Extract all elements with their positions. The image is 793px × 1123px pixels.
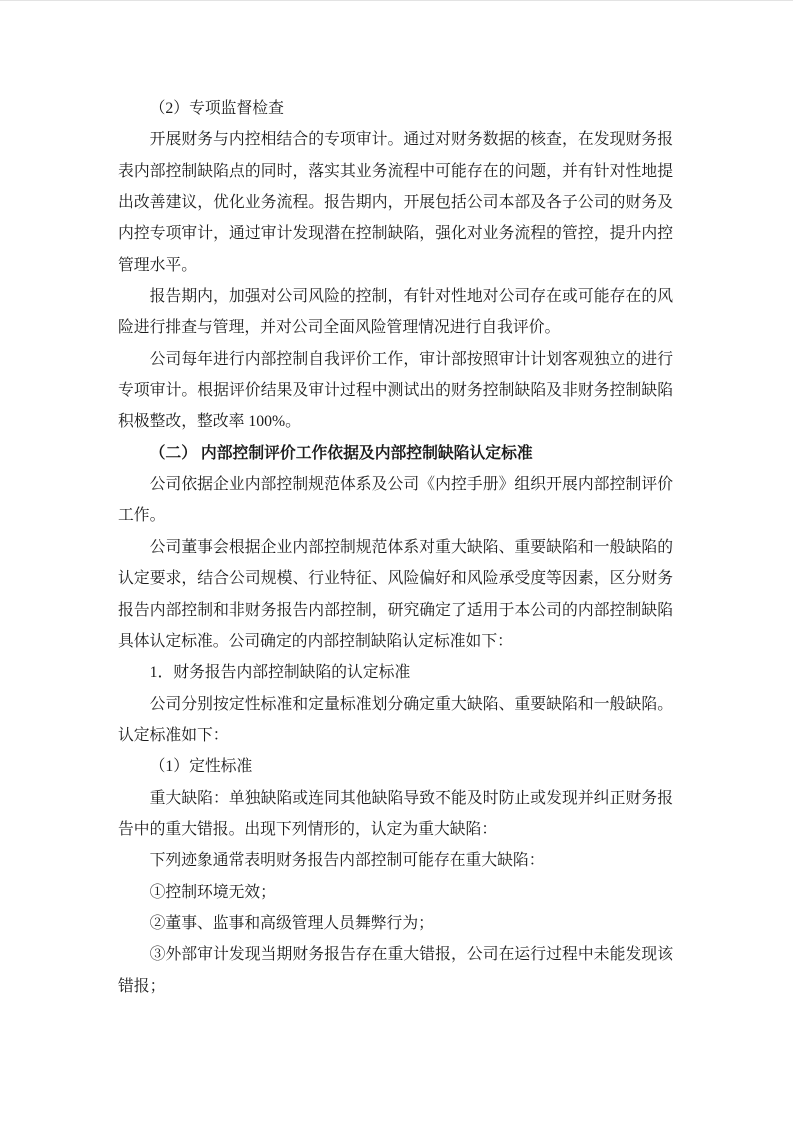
para-defect-signs-intro: 下列迹象通常表明财务报告内部控制可能存在重大缺陷： [118, 845, 673, 876]
para-risk-control: 报告期内，加强对公司风险的控制，有针对性地对公司存在或可能存在的风险进行排查与管… [118, 281, 673, 344]
subheading-financial-report-defect-standard: 1．财务报告内部控制缺陷的认定标准 [118, 657, 673, 688]
list-item-external-audit-misstatement: ③外部审计发现当期财务报告存在重大错报，公司在运行过程中未能发现该错报； [118, 939, 673, 1002]
para-major-defect-definition: 重大缺陷：单独缺陷或连同其他缺陷导致不能及时防止或发现并纠正财务报告中的重大错报… [118, 783, 673, 846]
para-special-supervision-heading: （2）专项监督检查 [118, 93, 673, 124]
list-item-fraud: ②董事、监事和高级管理人员舞弊行为； [118, 908, 673, 939]
para-board-defect-standards: 公司董事会根据企业内部控制规范体系对重大缺陷、重要缺陷和一般缺陷的认定要求，结合… [118, 532, 673, 657]
document-page: （2）专项监督检查 开展财务与内控相结合的专项审计。通过对财务数据的核查，在发现… [118, 93, 673, 1002]
list-item-control-environment: ①控制环境无效； [118, 877, 673, 908]
para-self-evaluation: 公司每年进行内部控制自我评价工作，审计部按照审计计划客观独立的进行专项审计。根据… [118, 344, 673, 438]
subheading-qualitative-standard: （1）定性标准 [118, 751, 673, 782]
section-heading-evaluation-basis: （二） 内部控制评价工作依据及内部控制缺陷认定标准 [118, 438, 673, 469]
document-viewport: { "page": { "background_color": "#ffffff… [0, 0, 793, 1123]
para-evaluation-basis: 公司依据企业内部控制规范体系及公司《内控手册》组织开展内部控制评价工作。 [118, 469, 673, 532]
para-qualitative-quantitative: 公司分别按定性标准和定量标准划分确定重大缺陷、重要缺陷和一般缺陷。认定标准如下： [118, 689, 673, 752]
para-special-audit: 开展财务与内控相结合的专项审计。通过对财务数据的核查，在发现财务报表内部控制缺陷… [118, 124, 673, 281]
